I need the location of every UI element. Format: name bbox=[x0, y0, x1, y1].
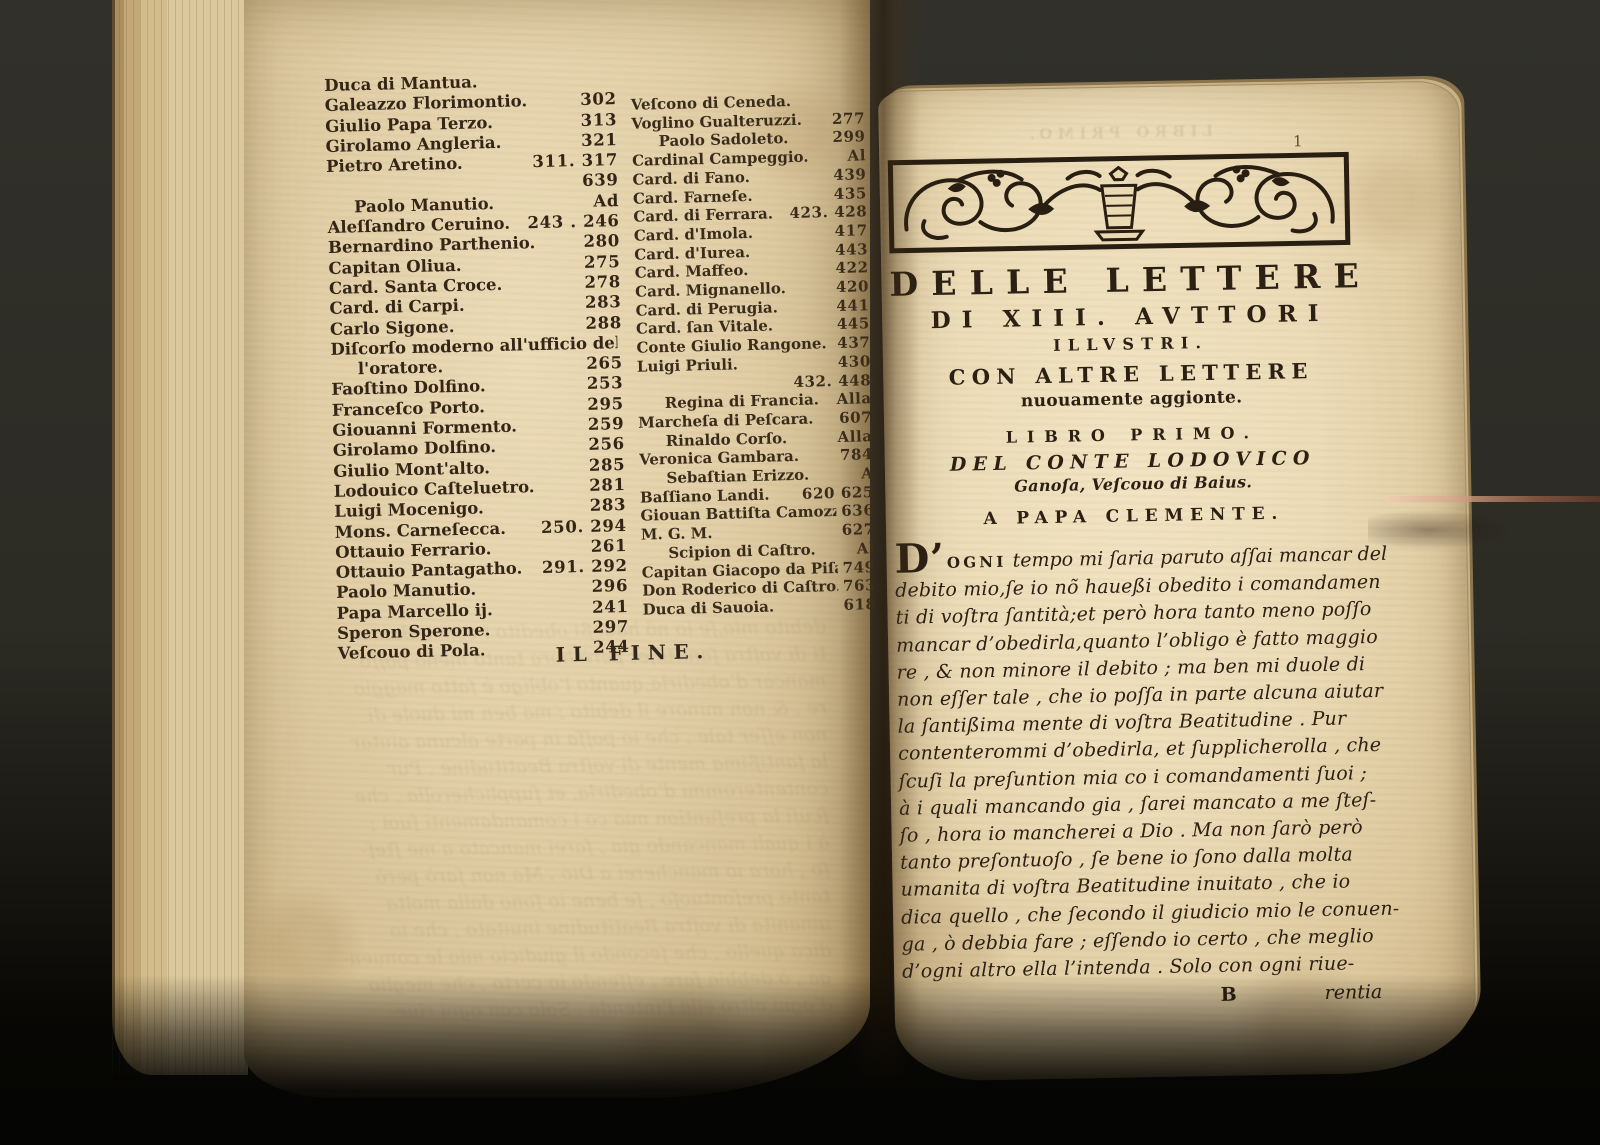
letter-body: D’OGNItempo mi ſaria paruto aſſai mancar… bbox=[894, 539, 1382, 1015]
woodcut-headpiece-ornament bbox=[887, 151, 1351, 253]
letter-lines: debito mio,ſe io nõ haueßi obedito i com… bbox=[895, 569, 1382, 986]
incipit-smallcaps: OGNI bbox=[945, 553, 1013, 572]
il-fine-heading: IL FINE. bbox=[555, 639, 711, 667]
title-page-content: DELLE LETTERE DI XIII. AVTTORI ILLVSTRI.… bbox=[887, 151, 1383, 1015]
left-page: debito mio,ſe io nõ haueßi obedito i com… bbox=[244, 0, 870, 1098]
index-content: Duca di Mantua.Galeazzo Florimontio.302G… bbox=[324, 63, 878, 664]
first-line-text: tempo mi ſaria paruto aſſai mancar del bbox=[1012, 543, 1387, 572]
drop-cap: D’ bbox=[894, 535, 945, 583]
index-column-1: Duca di Mantua.Galeazzo Florimontio.302G… bbox=[324, 69, 630, 664]
index-column-2: Veſcono di Ceneda.Voglino Gualteruzzi.27… bbox=[631, 90, 878, 657]
heading-a-papa-clemente: A PAPA CLEMENTE. bbox=[894, 499, 1374, 535]
book-fore-edge-stack bbox=[112, 0, 248, 1075]
showthrough-libro-primo: LIBRO PRIMO. bbox=[969, 121, 1269, 144]
catchword: rentia bbox=[1324, 979, 1382, 1007]
photo-of-open-antique-book: debito mio,ſe io nõ haueßi obedito i com… bbox=[0, 0, 1600, 1145]
index-columns: Duca di Mantua.Galeazzo Florimontio.302G… bbox=[324, 63, 878, 664]
gathering-signature: B bbox=[1220, 982, 1237, 1009]
showthrough-text-ghost: debito mio,ſe io nõ haueßi obedito i com… bbox=[295, 613, 832, 1042]
folio-number: 1 bbox=[1293, 132, 1303, 150]
right-page: LIBRO PRIMO. 1 bbox=[878, 81, 1476, 1081]
